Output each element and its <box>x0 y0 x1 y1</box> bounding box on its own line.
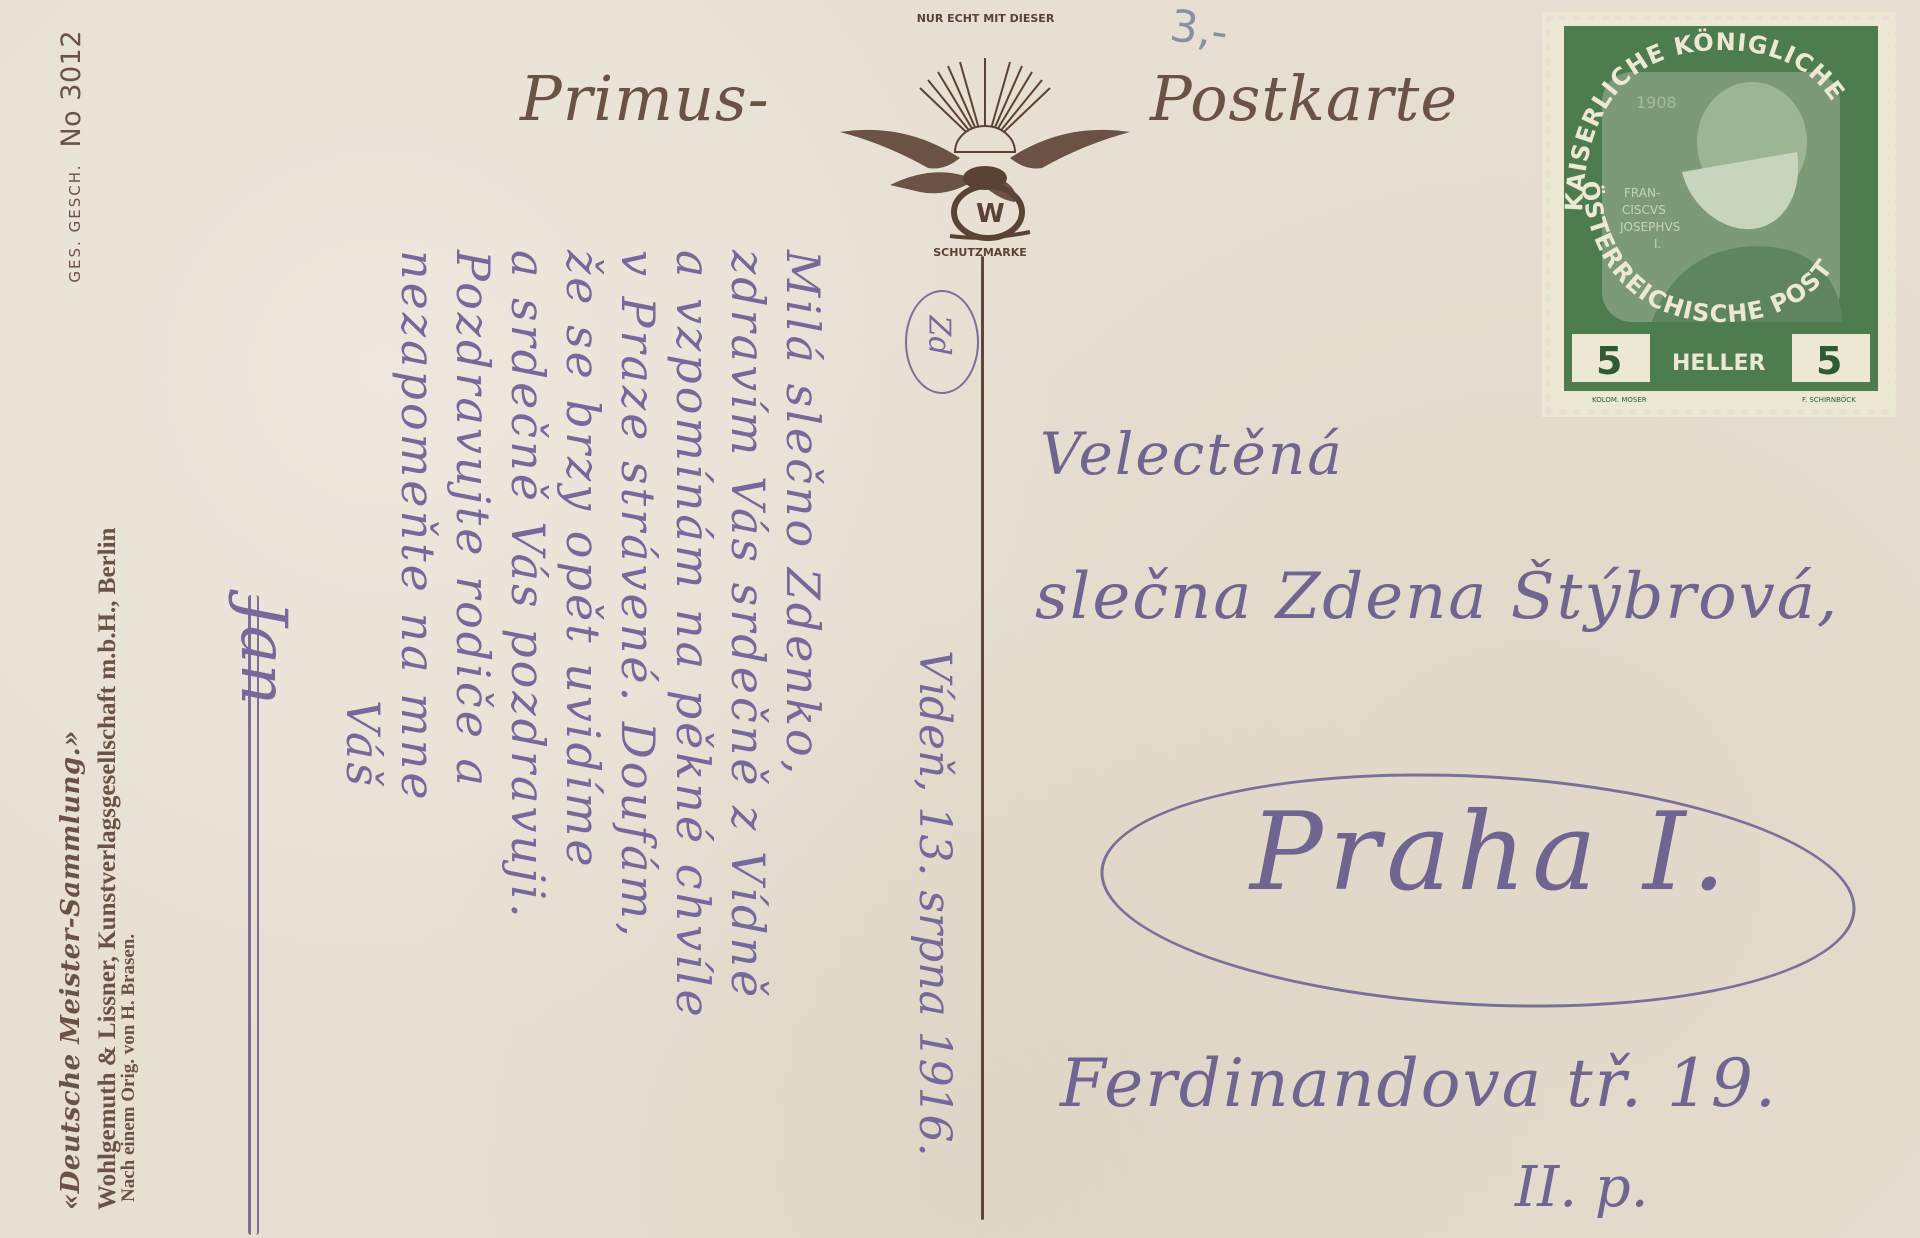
message-line: a vzpomínám na pěkné chvíle <box>666 250 720 1020</box>
svg-text:F. SCHIRNBÖCK: F. SCHIRNBÖCK <box>1802 395 1856 404</box>
svg-text:W: W <box>976 199 1005 229</box>
card-number: No 3012 <box>56 30 87 148</box>
message-line: a srdečně Vás pozdravuji. <box>501 250 555 921</box>
message-line: že se brzy opět uvidíme <box>556 250 610 870</box>
address-recipient: slečna Zdena Štýbrová, <box>1035 560 1839 634</box>
artist-credit: Nach einem Orig. von H. Brasen. <box>118 934 140 1202</box>
title-primus: Primus- <box>520 62 770 135</box>
address-salutation: Velectěná <box>1040 420 1344 488</box>
svg-text:KOLOM. MOSER: KOLOM. MOSER <box>1592 396 1647 404</box>
protected-mark: GES. GESCH. <box>66 164 84 283</box>
svg-text:JOSEPHVS: JOSEPHVS <box>1619 220 1680 234</box>
svg-text:5: 5 <box>1596 339 1622 383</box>
address-street: Ferdinandova tř. 19. <box>1060 1045 1778 1122</box>
svg-text:HELLER: HELLER <box>1672 351 1766 376</box>
initial-monogram: Zd <box>905 290 979 394</box>
message-line: zdravím Vás srdečně z Vídně <box>721 250 775 1000</box>
eagle-trademark-icon: W <box>830 40 1140 250</box>
message-line: nezapomeňte na mne <box>391 250 445 803</box>
address-floor: II. p. <box>1515 1155 1649 1220</box>
message-line: Pozdravujte rodiče a <box>446 250 500 789</box>
address-city: Praha I. <box>1250 790 1732 915</box>
message-line: Milá slečno Zdenko, <box>776 250 830 777</box>
postage-stamp: 1908 FRAN- CISCVS JOSEPHVS I. KAISERLICH… <box>1542 12 1896 417</box>
trademark-caption-top: NUR ECHT MIT DIESER <box>898 12 1073 25</box>
trademark-caption-bottom: SCHUTZMARKE <box>905 246 1055 259</box>
message-closing: Váš <box>336 700 390 789</box>
message-place-date: Vídeň, 13. srpna 1916. <box>909 650 960 1157</box>
series-title: «Deutsche Meister-Sammlung.» <box>56 730 86 1210</box>
series-number-block: GES. GESCH.No 3012 <box>56 30 87 283</box>
pencil-price-note: 3,- <box>1167 0 1231 59</box>
center-divider <box>981 256 984 1220</box>
svg-text:I.: I. <box>1654 237 1661 251</box>
svg-text:1908: 1908 <box>1636 93 1677 112</box>
svg-text:FRAN-: FRAN- <box>1624 186 1660 200</box>
svg-text:5: 5 <box>1816 339 1842 383</box>
title-postkarte: Postkarte <box>1150 62 1458 135</box>
signature: Jan <box>226 600 300 705</box>
message-line: v Praze strávené. Doufám, <box>611 250 665 940</box>
svg-text:CISCVS: CISCVS <box>1622 203 1666 217</box>
